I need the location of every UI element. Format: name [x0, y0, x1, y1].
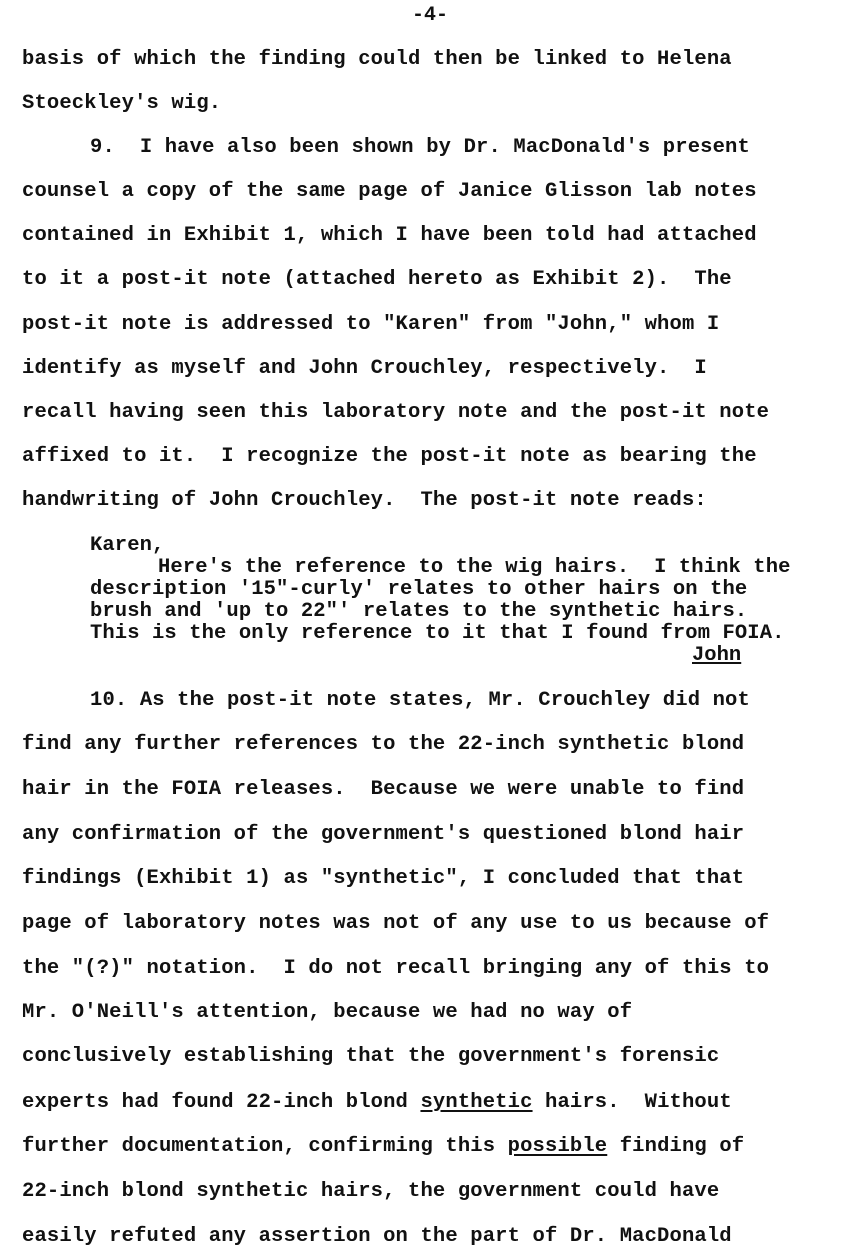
- body-line: hair in the FOIA releases. Because we we…: [22, 778, 744, 802]
- body-line: find any further references to the 22-in…: [22, 733, 744, 757]
- body-line: Mr. O'Neill's attention, because we had …: [22, 1001, 632, 1025]
- note-salutation: Karen,: [90, 535, 164, 557]
- body-line: post-it note is addressed to "Karen" fro…: [22, 313, 719, 337]
- paragraph-number: 10.: [90, 689, 127, 712]
- body-line: Stoeckley's wig.: [22, 92, 221, 116]
- paragraph-9-first-line: 9. I have also been shown by Dr. MacDona…: [90, 136, 750, 160]
- note-signature: John: [692, 645, 741, 667]
- page-number: -4-: [0, 4, 860, 27]
- body-line: conclusively establishing that the gover…: [22, 1045, 719, 1069]
- body-line: easily refuted any assertion on the part…: [22, 1225, 732, 1249]
- body-line: contained in Exhibit 1, which I have bee…: [22, 224, 757, 248]
- underlined-word: possible: [508, 1135, 608, 1158]
- body-line: page of laboratory notes was not of any …: [22, 912, 769, 936]
- note-line: brush and 'up to 22"' relates to the syn…: [90, 601, 747, 623]
- body-line: findings (Exhibit 1) as "synthetic", I c…: [22, 867, 744, 891]
- underlined-word: synthetic: [420, 1091, 532, 1114]
- body-line: basis of which the finding could then be…: [22, 48, 732, 72]
- body-line-with-emphasis: further documentation, confirming this p…: [22, 1135, 744, 1159]
- paragraph-text: As the post-it note states, Mr. Crouchle…: [140, 689, 750, 712]
- body-line: any confirmation of the government's que…: [22, 823, 744, 847]
- paragraph-10-first-line: 10. As the post-it note states, Mr. Crou…: [90, 689, 750, 713]
- body-line: to it a post-it note (attached hereto as…: [22, 268, 732, 292]
- body-line: the "(?)" notation. I do not recall brin…: [22, 957, 769, 981]
- paragraph-number: 9.: [90, 136, 115, 159]
- body-line: counsel a copy of the same page of Janic…: [22, 180, 757, 204]
- paragraph-text: I have also been shown by Dr. MacDonald'…: [140, 136, 750, 159]
- body-line: recall having seen this laboratory note …: [22, 401, 769, 425]
- body-line: handwriting of John Crouchley. The post-…: [22, 489, 707, 513]
- note-line: Here's the reference to the wig hairs. I…: [158, 557, 791, 579]
- note-line: description '15"-curly' relates to other…: [90, 579, 747, 601]
- body-line: affixed to it. I recognize the post-it n…: [22, 445, 757, 469]
- document-page: -4- basis of which the finding could the…: [0, 0, 860, 1252]
- note-line: This is the only reference to it that I …: [90, 623, 785, 645]
- body-line-with-emphasis: experts had found 22-inch blond syntheti…: [22, 1091, 732, 1115]
- body-line: identify as myself and John Crouchley, r…: [22, 357, 707, 381]
- body-line: 22-inch blond synthetic hairs, the gover…: [22, 1180, 719, 1204]
